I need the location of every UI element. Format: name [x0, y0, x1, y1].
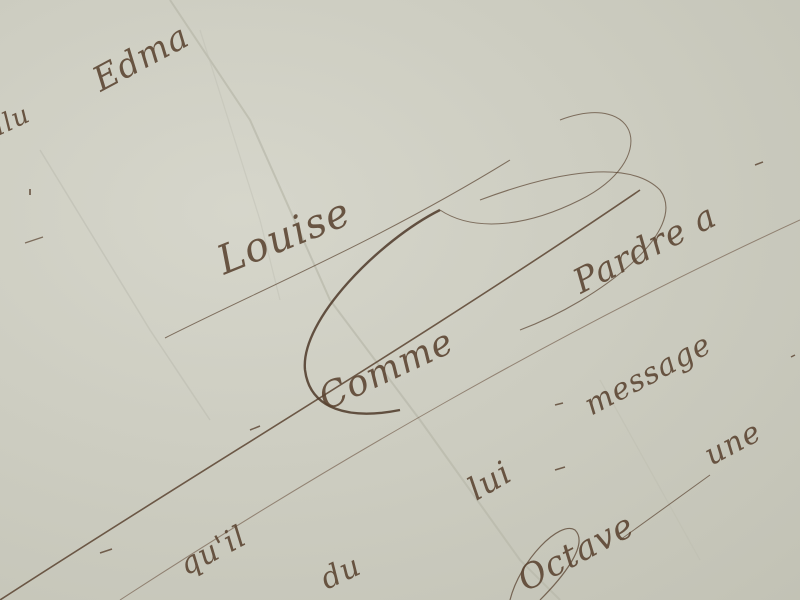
letter-photograph: Edma llu Louise Pardre a Comme message q… [0, 0, 800, 600]
